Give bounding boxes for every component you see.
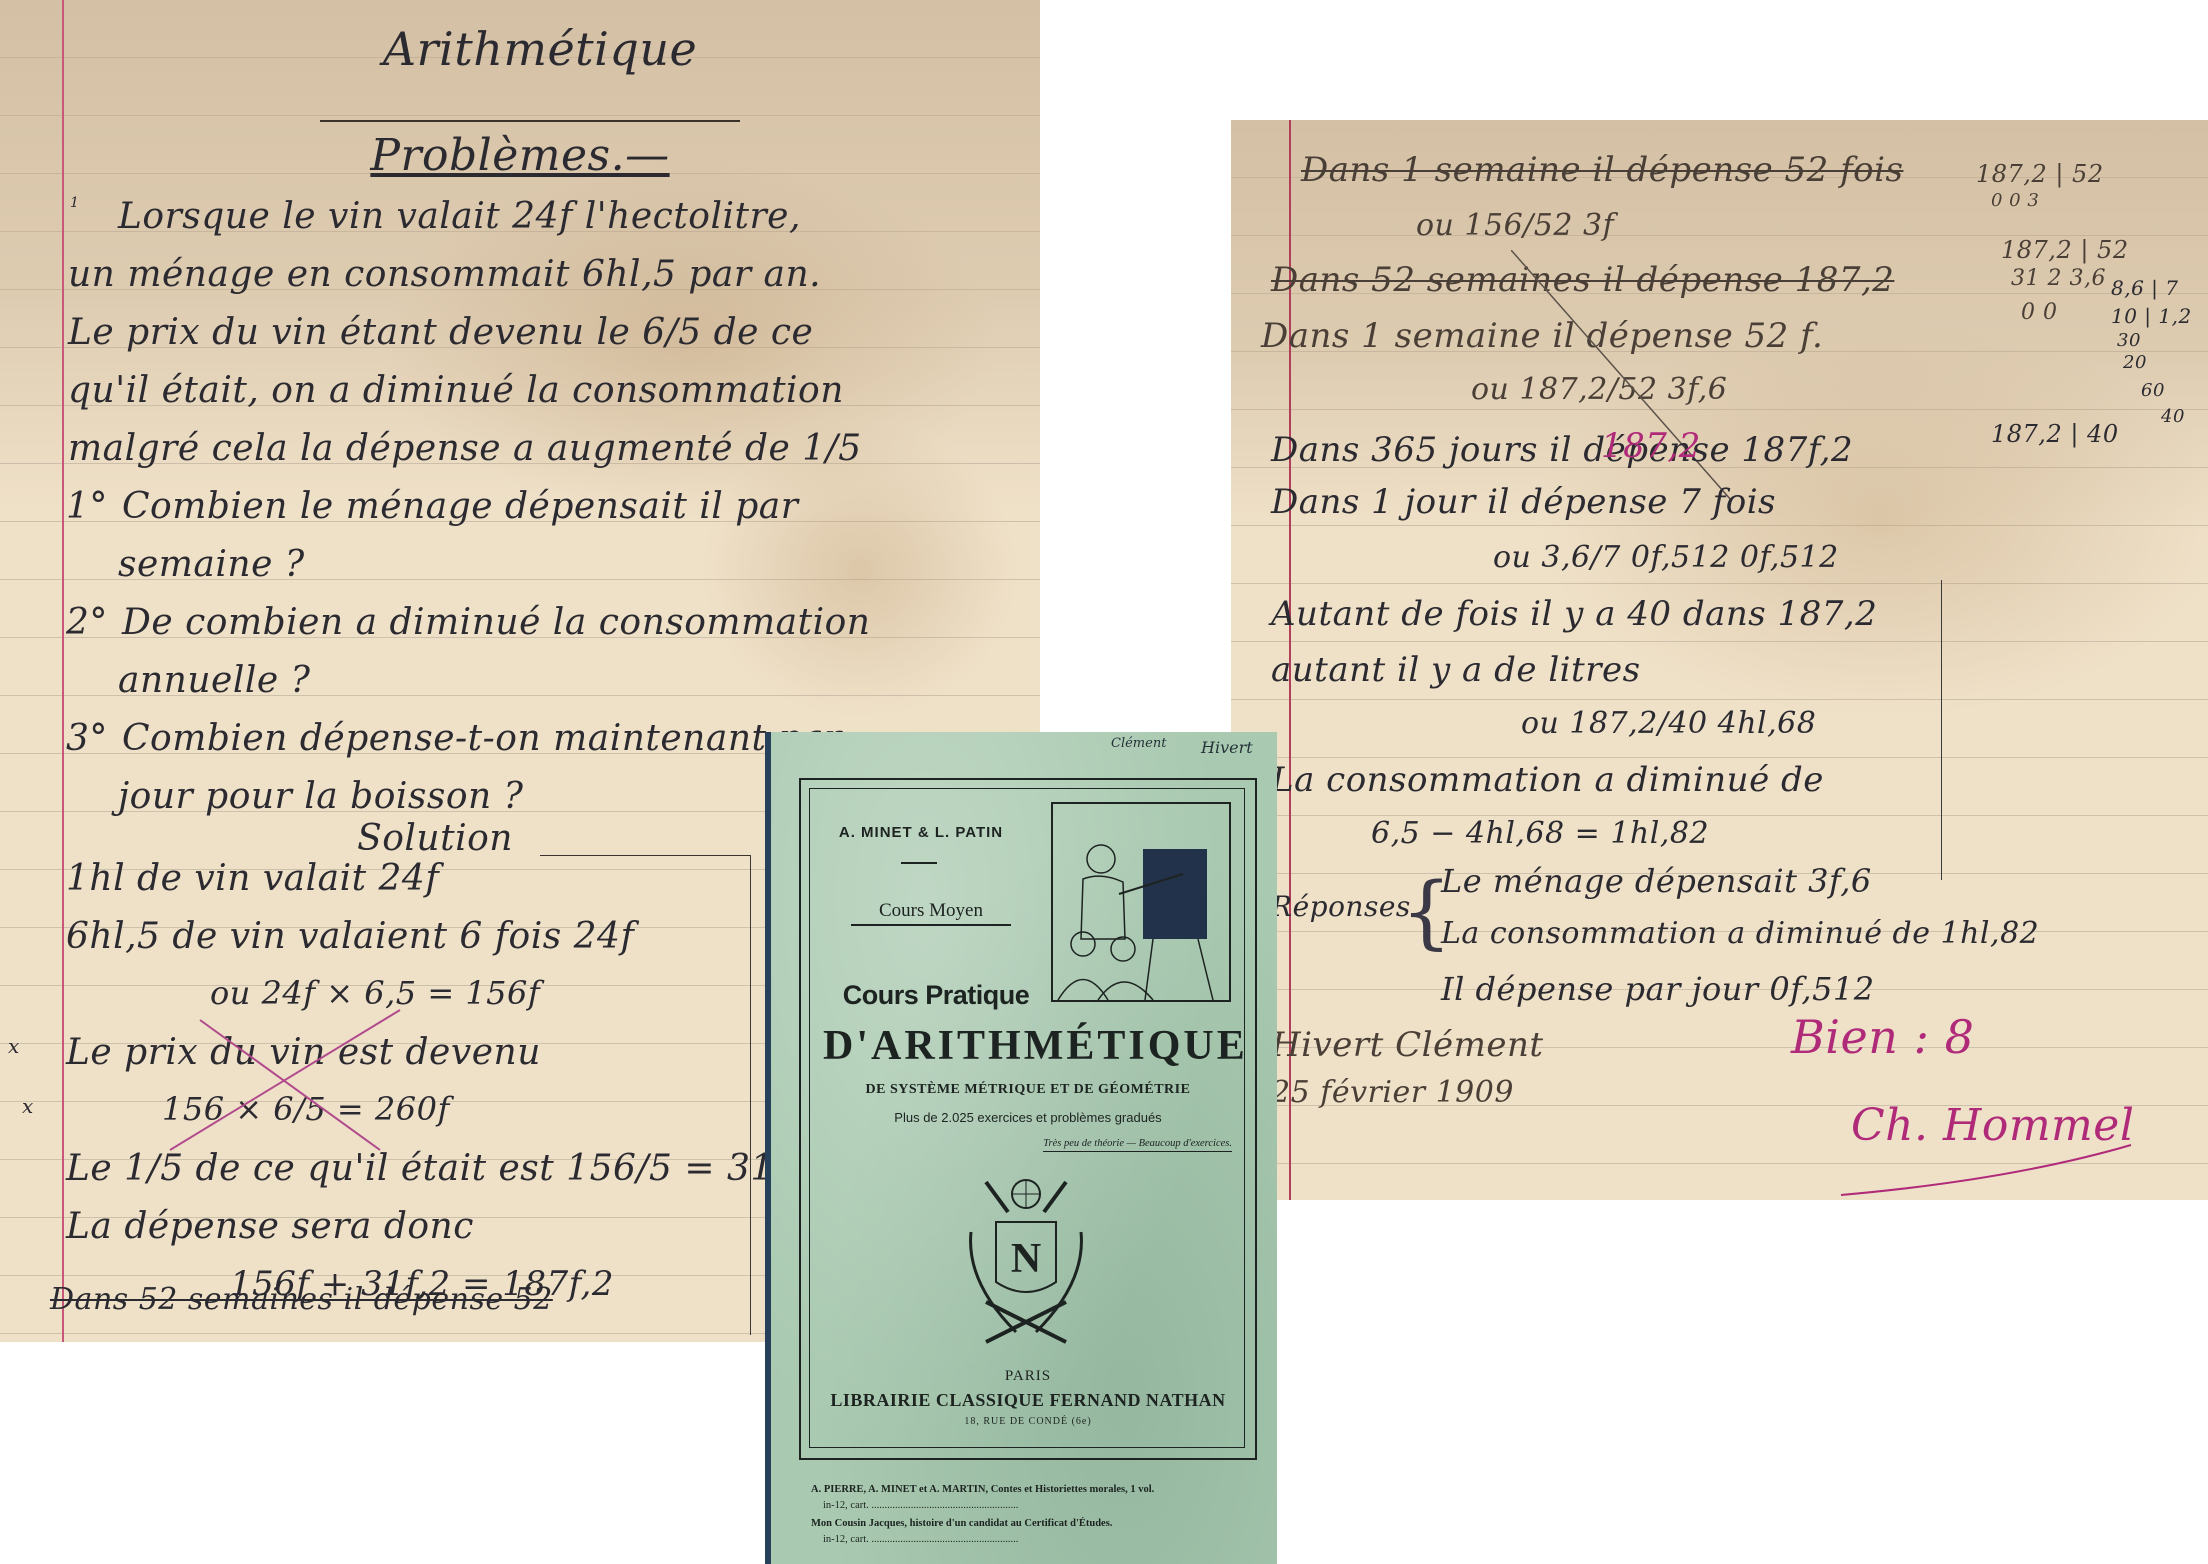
question-3-continuation: jour pour la boisson ? [118,776,523,817]
cover-authors: A. MINET & L. PATIN [821,824,1021,841]
cover-ad-detail: in-12, cart. ...........................… [823,1534,1018,1545]
margin-calc: 31 2 3,6 [2011,266,2106,291]
margin-calc: 187,2 | 52 [2001,236,2129,264]
calc-line: Dans 365 jours il dépense 187f,2 [1271,430,1853,470]
teacher-blackboard-illustration [1051,802,1231,1002]
solution-line: 6hl,5 de vin valaient 6 fois 24f [66,916,634,957]
pencil-note-name: Clément [1111,736,1166,751]
answer-1: Le ménage dépensait 3f,6 [1441,862,1872,900]
answers-label: Réponses [1271,890,1411,923]
calc-line: ou 187,2/40 4hl,68 [1521,706,1816,741]
margin-calc: 8,6 | 7 [2111,276,2178,300]
question-2: De combien a diminué la consommation [122,602,870,643]
cover-ad-title: Mon Cousin Jacques, histoire d'un candid… [811,1518,1112,1529]
solution-line-struck: Dans 52 semaines il dépense 52 [50,1282,553,1317]
margin-mark: x [8,1034,20,1058]
margin-line [62,0,64,1342]
question-1: Combien le ménage dépensait il par [122,486,798,527]
cover-city: PARIS [823,1368,1233,1385]
cover-ad-title: A. PIERRE, A. MINET et A. MARTIN, Contes… [811,1484,1154,1495]
calc-line: Autant de fois il y a 40 dans 187,2 [1271,594,1877,634]
calc-line: 6,5 − 4hl,68 = 1hl,82 [1371,816,1709,851]
margin-calc: 10 | 1,2 [2111,304,2192,328]
cover-separator [901,862,937,864]
page-heading: Arithmétique [383,22,697,76]
textbook-cover: Clément Hivert A. MINET & L. PATIN Cours… [765,732,1277,1564]
question-1-continuation: semaine ? [118,544,305,585]
margin-calc: 187,2 | 52 [1976,160,2104,188]
cover-title-line-2: D'ARITHMÉTIQUE [823,1022,1233,1070]
calculation-column-line [1941,580,1942,880]
red-correction: 187,2 [1601,426,1701,466]
margin-mark: x [22,1094,34,1118]
question-1-number: 1° [66,486,108,527]
student-name: Hivert Clément [1271,1025,1544,1065]
solution-line: 1hl de vin valait 24f [66,858,439,899]
pencil-strike-diagonal [1511,250,1751,510]
calc-line: ou 3,6/7 0f,512 0f,512 [1493,540,1839,575]
cover-ad-detail: in-12, cart. ...........................… [823,1500,1018,1511]
problems-heading: Problèmes.— [370,130,669,181]
red-cross-correction [150,1000,430,1160]
margin-calc: 187,2 | 40 [1991,420,2119,448]
problem-line: Lorsque le vin valait 24f l'hectolitre, [118,196,801,237]
cover-motto: Très peu de théorie — Beaucoup d'exercic… [1043,1138,1232,1152]
margin-calc: 60 [2141,380,2165,401]
svg-text:N: N [1011,1236,1041,1282]
question-2-number: 2° [66,602,108,643]
solution-heading: Solution [357,818,513,859]
problem-line: un ménage en consommait 6hl,5 par an. [68,254,821,295]
problem-line: Le prix du vin étant devenu le 6/5 de ce [68,312,813,353]
calc-line: ou 156/52 3f [1416,208,1614,243]
margin-calc: 30 [2117,330,2141,351]
heading-rule [320,120,740,122]
date: 25 février 1909 [1271,1075,1514,1110]
cover-level: Cours Moyen [851,900,1011,926]
right-notebook-page: Dans 1 semaine il dépense 52 fois ou 156… [1231,120,2208,1200]
question-3: Combien dépense-t-on maintenant par [122,718,842,759]
margin-calc: 40 [2161,406,2185,427]
solution-column-line [750,855,751,1335]
question-3-number: 3° [66,718,108,759]
margin-calc: 0 0 [2021,300,2058,325]
cover-publisher: LIBRAIRIE CLASSIQUE FERNAND NATHAN [823,1390,1233,1411]
cover-subtitle: DE SYSTÈME MÉTRIQUE ET DE GÉOMÉTRIE [823,1082,1233,1098]
signature-flourish [1831,1140,2151,1200]
grade: Bien : 8 [1791,1010,1974,1064]
solution-rule [540,855,750,856]
calc-line: autant il y a de litres [1271,650,1641,690]
calc-line: La consommation a diminué de [1271,760,1824,800]
cover-exercise-count: Plus de 2.025 exercices et problèmes gra… [823,1110,1233,1125]
problem-line: qu'il était, on a diminué la consommatio… [68,370,844,411]
solution-line: Le 1/5 de ce qu'il était est 156/5 = 31f… [66,1148,822,1189]
solution-line: La dépense sera donc [66,1206,474,1247]
problem-number: 1 [70,195,79,211]
margin-calc: 20 [2123,352,2147,373]
answer-2: La consommation a diminué de 1hl,82 [1441,916,2039,951]
margin-calc: 0 0 3 [1991,190,2039,211]
cover-address: 18, RUE DE CONDÉ (6e) [823,1416,1233,1427]
cover-title-line-1: Cours Pratique [816,980,1056,1011]
calc-line-struck: Dans 1 semaine il dépense 52 fois [1301,150,1903,190]
pencil-note-surname: Hivert [1201,738,1253,757]
question-2-continuation: annuelle ? [118,660,310,701]
answer-3: Il dépense par jour 0f,512 [1441,970,1875,1008]
calc-line: Dans 1 jour il dépense 7 fois [1271,482,1776,522]
problem-line: malgré cela la dépense a augmenté de 1/5 [68,428,862,469]
publisher-emblem-icon: N [946,1172,1106,1352]
